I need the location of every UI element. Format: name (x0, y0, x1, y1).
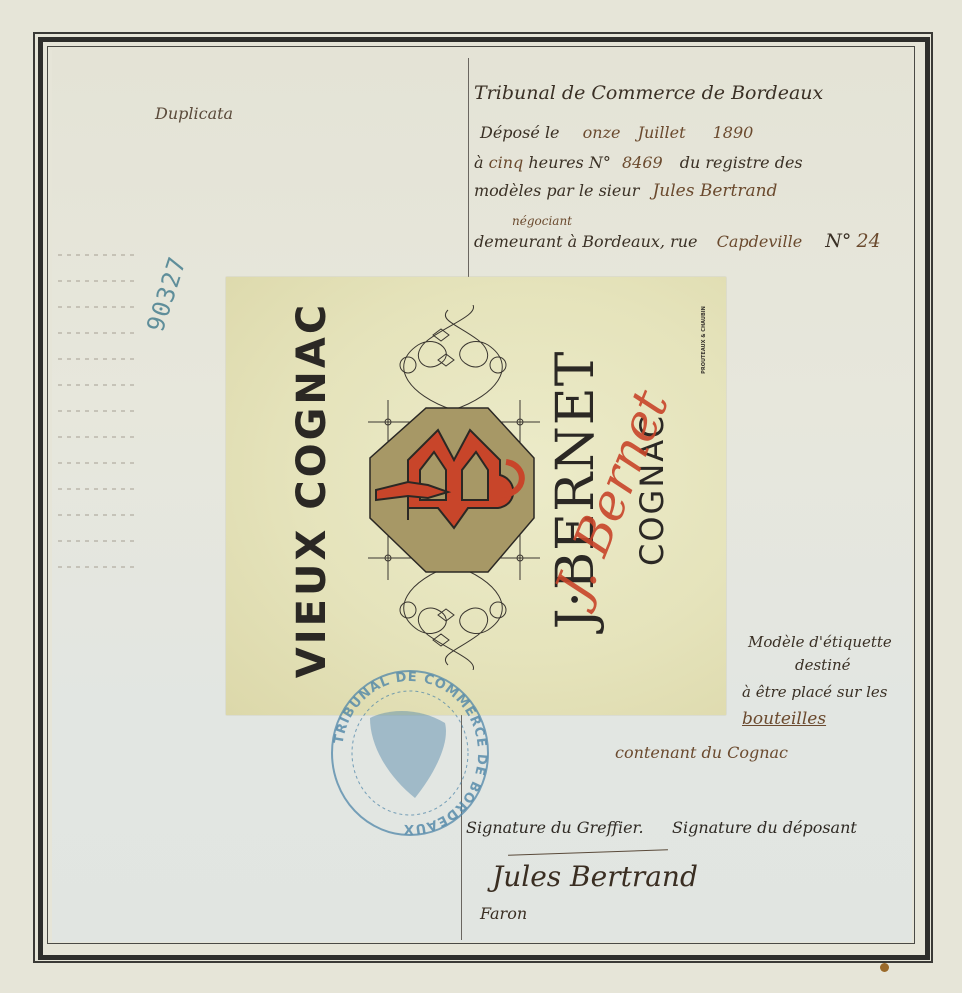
description-line-2: destiné (795, 656, 851, 674)
clerk-signature-label: Signature du Greffier. (466, 818, 644, 837)
description-line-4: bouteilles (742, 709, 826, 729)
column-divider-top (468, 58, 469, 278)
faded-handwriting (58, 230, 138, 650)
time-value: cinq (489, 153, 524, 172)
jb-monogram (368, 400, 540, 580)
depositor-name: Jules Bertrand (652, 181, 777, 201)
street-number: 24 (857, 230, 881, 252)
description-line-1: Modèle d'étiquette (748, 633, 892, 651)
ornament-flourish-top (378, 305, 528, 415)
address-prefix: demeurant à Bordeaux, rue (474, 232, 698, 251)
deposit-year: 1890 (713, 123, 754, 142)
street-number-prefix: N° (825, 230, 851, 252)
depositor-signature-label: Signature du déposant (672, 818, 857, 837)
models-prefix: modèles par le sieur (474, 181, 639, 200)
models-line: modèles par le sieur Jules Bertrand (474, 181, 777, 201)
duplicata-note: Duplicata (155, 104, 233, 123)
clerk-signature: Faron (480, 904, 527, 923)
depositor-signature: Jules Bertrand (492, 860, 698, 893)
street-name: Capdeville (717, 232, 803, 251)
label-vieux-cognac: VIEUX COGNAC (289, 302, 335, 678)
description-line-5: contenant du Cognac (615, 743, 788, 762)
deposit-month: Juillet (638, 123, 686, 142)
printer-credit: PROUTEAUX & CHAUBIN (701, 306, 707, 374)
description-line-3: à être placé sur les (742, 683, 888, 701)
deposit-line: Déposé le onze Juillet 1890 (480, 123, 753, 142)
profession: négociant (512, 214, 572, 228)
time-line: à cinq heures N° 8469 du registre des (474, 153, 803, 172)
paper-stain (880, 963, 889, 972)
address-line: demeurant à Bordeaux, rue Capdeville N° … (474, 230, 881, 252)
register-number: 8469 (622, 153, 663, 172)
tribunal-title: Tribunal de Commerce de Bordeaux (474, 82, 823, 104)
time-prefix: à (474, 153, 484, 172)
register-suffix: du registre des (680, 153, 803, 172)
time-suffix: heures N° (528, 153, 611, 172)
tribunal-seal-stamp: TRIBUNAL DE COMMERCE DE BORDEAUX (330, 668, 490, 838)
deposit-prefix: Déposé le (480, 123, 560, 142)
deposit-day: onze (583, 123, 621, 142)
